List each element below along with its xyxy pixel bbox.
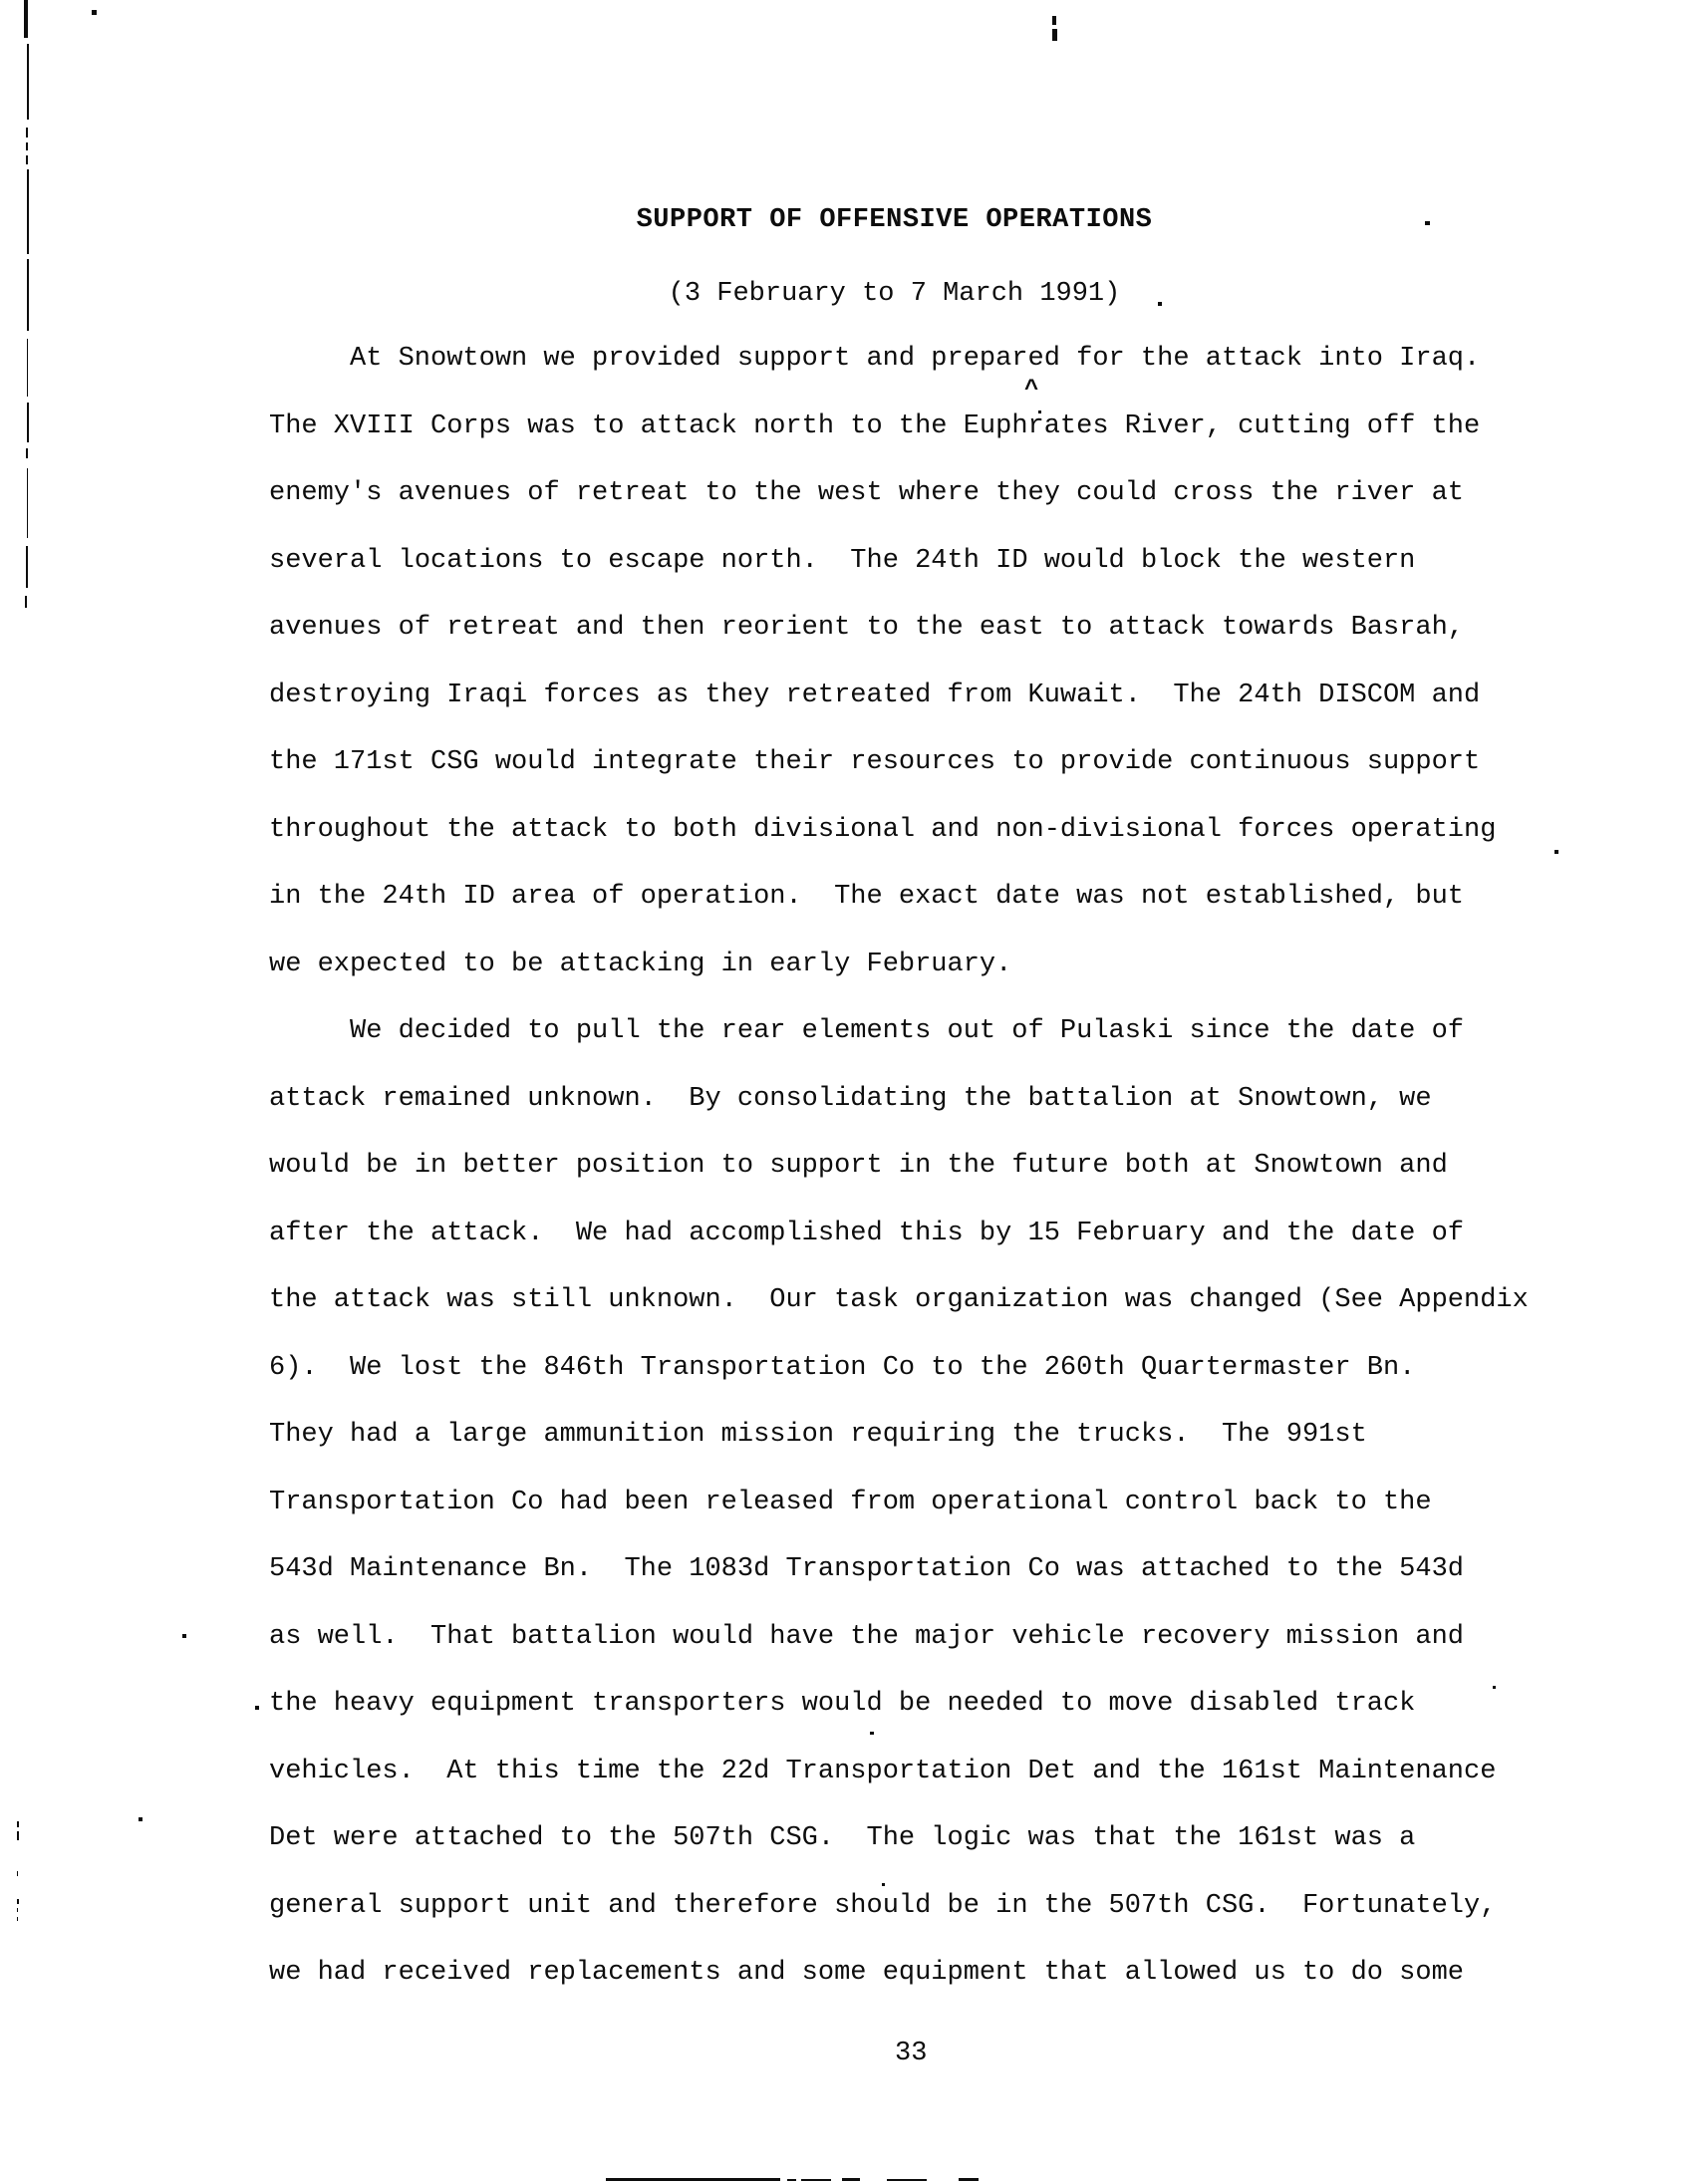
paragraph: We decided to pull the rear elements out…	[269, 1015, 1604, 2025]
scan-artifact-margin-line	[27, 468, 28, 538]
scan-artifact-bottom-line	[787, 2179, 796, 2181]
text-line: destroying Iraqi forces as they retreate…	[269, 680, 1604, 747]
text-line: avenues of retreat and then reorient to …	[269, 612, 1604, 680]
text-line: after the attack. We had accomplished th…	[269, 1218, 1604, 1285]
scan-artifact-dot	[870, 1732, 874, 1735]
scan-artifact-margin-line	[25, 596, 27, 608]
text-line: the 171st CSG would integrate their reso…	[269, 746, 1604, 814]
scan-artifact-caret: ^	[1024, 377, 1038, 404]
scan-artifact-bottom-line	[842, 2178, 860, 2181]
scan-artifact-dot	[1425, 221, 1430, 225]
scan-artifact-dot	[1158, 302, 1162, 306]
scan-artifact-bottom-line	[959, 2178, 979, 2181]
text-line: 6). We lost the 846th Transportation Co …	[269, 1352, 1604, 1420]
scan-artifact-margin-tick	[17, 1871, 18, 1876]
scan-artifact-tick	[1052, 29, 1057, 41]
scan-artifact-margin-line	[27, 259, 29, 331]
text-line: as well. That battalion would have the m…	[269, 1621, 1604, 1689]
scan-artifact-margin-line	[26, 142, 28, 150]
scan-artifact-margin-line	[26, 155, 28, 164]
scan-artifact-dot	[1493, 1686, 1496, 1689]
text-line: the attack was still unknown. Our task o…	[269, 1284, 1604, 1352]
text-line: would be in better position to support i…	[269, 1150, 1604, 1218]
scan-artifact-margin-tick	[17, 1821, 19, 1827]
scanned-document-page: SUPPORT OF OFFENSIVE OPERATIONS (3 Febru…	[0, 0, 1690, 2184]
scan-artifact-margin-line	[27, 44, 29, 120]
text-line: throughout the attack to both divisional…	[269, 814, 1604, 882]
text-line: we expected to be attacking in early Feb…	[269, 949, 1604, 1016]
text-line: general support unit and therefore shoul…	[269, 1890, 1604, 1958]
scan-artifact-dot	[182, 1634, 186, 1638]
scan-artifact-bottom-line	[887, 2179, 927, 2181]
scan-artifact-dot	[255, 1706, 259, 1710]
scan-artifact-dot	[1038, 410, 1041, 413]
scan-artifact-bottom-line	[801, 2179, 831, 2181]
text-line: They had a large ammunition mission requ…	[269, 1419, 1604, 1487]
scan-artifact-margin-line	[24, 0, 28, 38]
text-line: 543d Maintenance Bn. The 1083d Transport…	[269, 1553, 1604, 1621]
text-line: At Snowtown we provided support and prep…	[269, 343, 1604, 410]
scan-artifact-margin-tick	[17, 1917, 18, 1921]
scan-artifact-margin-tick	[17, 1899, 19, 1904]
scan-artifact-margin-line	[27, 169, 29, 254]
text-line: The XVIII Corps was to attack north to t…	[269, 410, 1604, 478]
scan-artifact-margin-line	[26, 128, 28, 137]
text-line: the heavy equipment transporters would b…	[269, 1688, 1604, 1756]
text-line: we had received replacements and some eq…	[269, 1957, 1604, 2025]
document-body: At Snowtown we provided support and prep…	[269, 343, 1604, 2025]
scan-artifact-margin-tick	[17, 1908, 18, 1912]
scan-artifact-dot	[139, 1817, 142, 1821]
text-line: We decided to pull the rear elements out…	[269, 1015, 1604, 1083]
date-range-subtitle: (3 February to 7 March 1991)	[269, 279, 1520, 309]
scan-artifact-tick	[1052, 16, 1056, 25]
paragraph: At Snowtown we provided support and prep…	[269, 343, 1604, 1015]
scan-artifact-margin-tick	[17, 1831, 19, 1840]
scan-artifact-dot	[1554, 850, 1558, 854]
scan-artifact-margin-line	[26, 546, 28, 588]
text-line: in the 24th ID area of operation. The ex…	[269, 881, 1604, 949]
scan-artifact-margin-line	[26, 448, 28, 458]
text-line: Det were attached to the 507th CSG. The …	[269, 1822, 1604, 1890]
scan-artifact-margin-line	[27, 403, 29, 442]
scan-artifact-dot	[882, 1883, 885, 1886]
text-line: several locations to escape north. The 2…	[269, 545, 1604, 613]
scan-artifact-margin-line	[27, 339, 28, 397]
page-number: 33	[895, 2039, 927, 2068]
page-title: SUPPORT OF OFFENSIVE OPERATIONS	[269, 205, 1520, 235]
scan-artifact-bottom-line	[606, 2178, 780, 2181]
text-line: enemy's avenues of retreat to the west w…	[269, 477, 1604, 545]
text-line: Transportation Co had been released from…	[269, 1487, 1604, 1554]
text-line: vehicles. At this time the 22d Transport…	[269, 1756, 1604, 1823]
scan-artifact-dot	[92, 10, 97, 15]
text-line: attack remained unknown. By consolidatin…	[269, 1083, 1604, 1151]
